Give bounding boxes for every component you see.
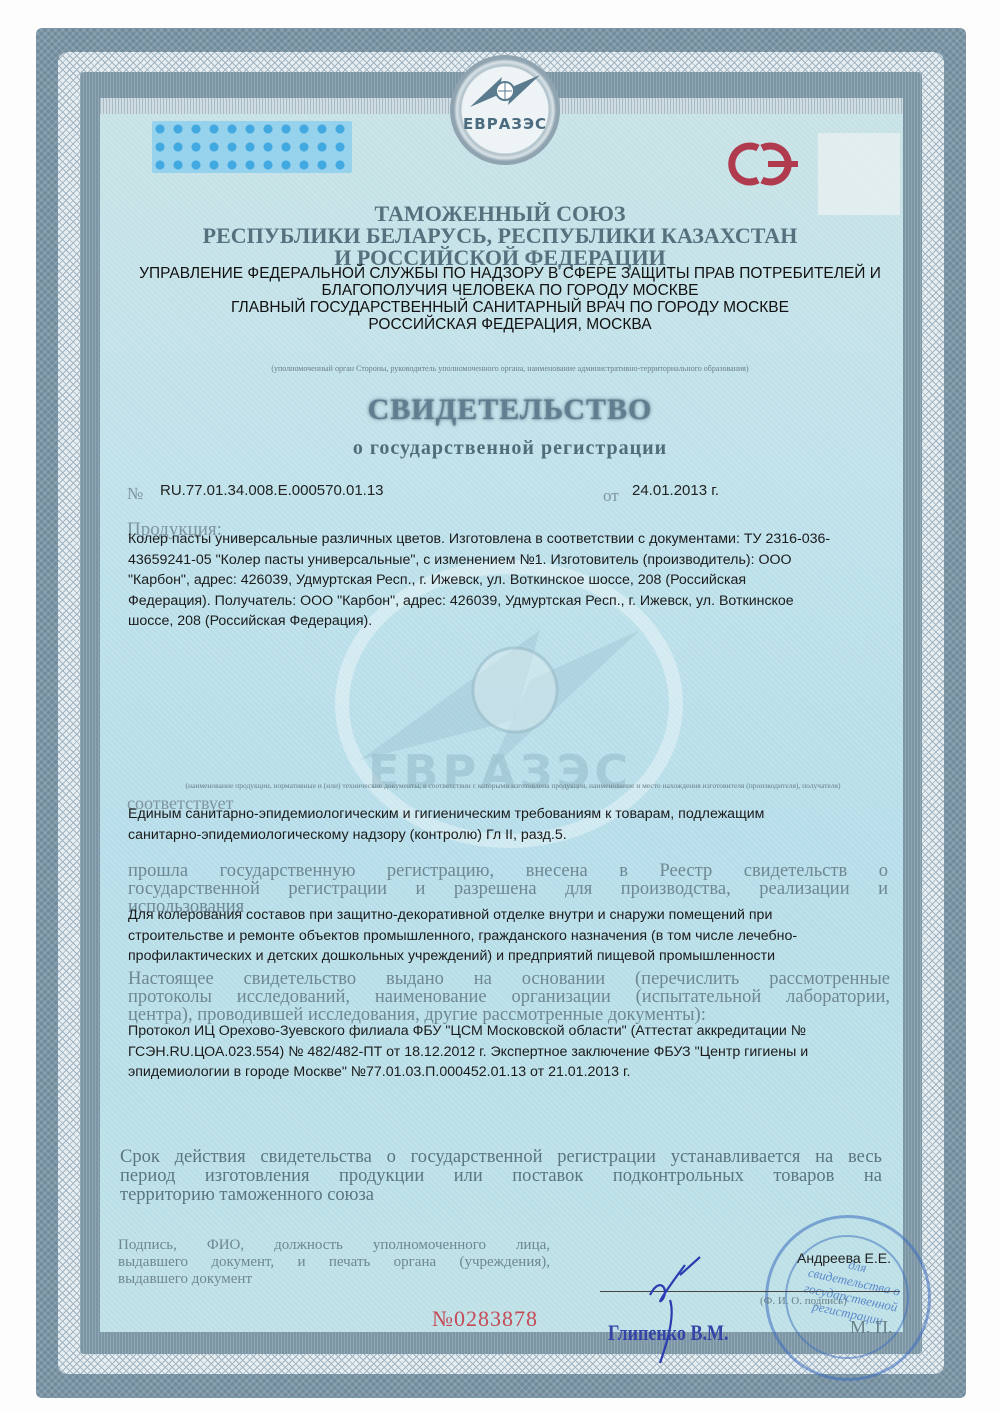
serial-number: №0283878 bbox=[432, 1306, 538, 1332]
eurasec-swoosh-icon bbox=[468, 73, 542, 109]
authority-caption: (уполномоченный орган Стороны, руководит… bbox=[195, 364, 825, 373]
compliance-line: санитарно-эпидемиологическому надзору (к… bbox=[128, 825, 764, 846]
validity-line: территорию таможенного союза bbox=[120, 1186, 882, 1205]
product-caption: (наименование продукции, нормативные и (… bbox=[124, 781, 902, 790]
fio-caption: (Ф. И. О. подпись) bbox=[760, 1295, 847, 1307]
stamped-name: Глипенко В.М. bbox=[608, 1320, 729, 1346]
basis-text: Протокол ИЦ Орехово-Зуевского филиала ФБ… bbox=[128, 1021, 808, 1083]
date-label: от bbox=[603, 486, 619, 506]
product-line: шоссе, 208 (Российская Федерация). bbox=[128, 611, 830, 632]
basis-line: эпидемиологии в городе Москве" №77.01.03… bbox=[128, 1062, 808, 1083]
usage-line: строительстве и ремонте объектов промышл… bbox=[128, 926, 797, 947]
product-line: Федерация). Получатель: ООО "Карбон", ад… bbox=[128, 591, 830, 612]
union-line-1: ТАМОЖЕННЫЙ СОЮЗ bbox=[120, 202, 880, 225]
product-line: "Карбон", адрес: 426039, Удмуртская Респ… bbox=[128, 570, 830, 591]
handwritten-signature bbox=[640, 1255, 720, 1365]
eurasec-emblem: ЕВРАЗЭС bbox=[450, 55, 560, 165]
usage-text: Для колерования составов при защитно-дек… bbox=[128, 905, 797, 967]
authority-line-4: РОССИЙСКАЯ ФЕДЕРАЦИЯ, МОСКВА bbox=[120, 316, 900, 333]
authority-line-1: УПРАВЛЕНИЕ ФЕДЕРАЛЬНОЙ СЛУЖБЫ ПО НАДЗОРУ… bbox=[120, 265, 900, 282]
usage-line: Для колерования составов при защитно-дек… bbox=[128, 905, 797, 926]
authority-line-3: ГЛАВНЫЙ ГОСУДАРСТВЕННЫЙ САНИТАРНЫЙ ВРАЧ … bbox=[120, 299, 900, 316]
basis-label-line: Настоящее свидетельство выдано на основа… bbox=[128, 970, 890, 988]
usage-line: профилактических и детских дошкольных уч… bbox=[128, 946, 797, 967]
product-line: Колер пасты универсальные различных цвет… bbox=[128, 529, 830, 550]
conformity-mark-icon bbox=[718, 140, 806, 188]
signature-label-line: выдавшего документ, и печать органа (учр… bbox=[118, 1254, 550, 1271]
product-description: Колер пасты универсальные различных цвет… bbox=[128, 529, 830, 632]
registration-date: 24.01.2013 г. bbox=[632, 482, 719, 499]
compliance-text: Единым санитарно-эпидемиологическим и ги… bbox=[128, 804, 764, 845]
emblem-label: ЕВРАЗЭС bbox=[450, 115, 560, 133]
signature-label-line: выдавшего документ bbox=[118, 1271, 550, 1288]
basis-label-line: протоколы исследований, наименование орг… bbox=[128, 988, 890, 1006]
signature-label-line: Подпись, ФИО, должность уполномоченного … bbox=[118, 1237, 550, 1254]
authority-line-2: БЛАГОПОЛУЧИЯ ЧЕЛОВЕКА ПО ГОРОДУ МОСКВЕ bbox=[120, 282, 900, 299]
signer-name: Андреева Е.Е. bbox=[797, 1250, 891, 1266]
registration-line: государственной регистрации и разрешена … bbox=[128, 880, 888, 898]
validity-statement: Срок действия свидетельства о государств… bbox=[120, 1148, 882, 1205]
document-title: СВИДЕТЕЛЬСТВО bbox=[300, 393, 720, 427]
basis-label: Настоящее свидетельство выдано на основа… bbox=[128, 970, 890, 1024]
document-subtitle: о государственной регистрации bbox=[300, 437, 720, 460]
registration-number: RU.77.01.34.008.Е.000570.01.13 bbox=[160, 482, 384, 499]
registration-line: прошла государственную регистрацию, внес… bbox=[128, 862, 888, 880]
validity-line: период изготовления продукции или постав… bbox=[120, 1167, 882, 1186]
number-label: № bbox=[127, 484, 143, 504]
validity-line: Срок действия свидетельства о государств… bbox=[120, 1148, 882, 1167]
compliance-line: Единым санитарно-эпидемиологическим и ги… bbox=[128, 804, 764, 825]
signature-label: Подпись, ФИО, должность уполномоченного … bbox=[118, 1237, 550, 1288]
hologram-copyright-icon bbox=[152, 121, 352, 173]
seal-label: М. П. bbox=[850, 1317, 893, 1338]
basis-line: Протокол ИЦ Орехово-Зуевского филиала ФБ… bbox=[128, 1021, 808, 1042]
watermark-text: ЕВРАЗЭС bbox=[360, 745, 640, 799]
basis-line: ГСЭН.RU.ЦОА.023.554) № 482/482-ПТ от 18.… bbox=[128, 1042, 808, 1063]
union-line-2: РЕСПУБЛИКИ БЕЛАРУСЬ, РЕСПУБЛИКИ КАЗАХСТА… bbox=[120, 224, 880, 247]
product-line: 43659241-05 "Колер пасты универсальные",… bbox=[128, 550, 830, 571]
